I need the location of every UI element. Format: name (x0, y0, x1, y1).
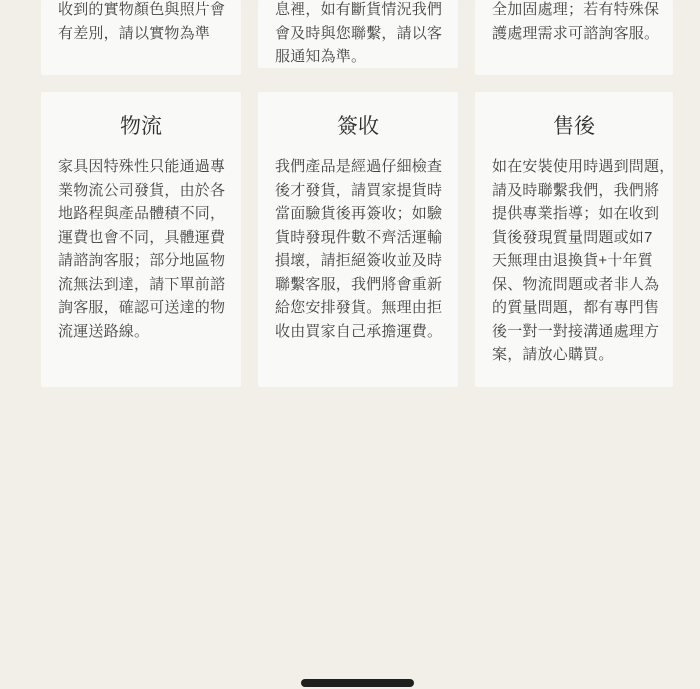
body-line: 收到的實物顏色與照片會 (58, 0, 224, 22)
body-line: 後才發貨，請買家提貨時 (275, 179, 441, 203)
body-line: 案，請放心購買。 (492, 343, 656, 367)
home-indicator-bar (301, 679, 414, 687)
body-line: 護處理需求可諮詢客服。 (492, 22, 656, 46)
body-line: 如在安裝使用時遇到問題， (492, 155, 656, 179)
body-line: 運費也會不同，具體運費 (58, 226, 224, 250)
partial-card-text: 息裡，如有斷貨情況我們 會及時與您聯繫，請以客 服通知為準。 (275, 0, 441, 68)
partial-card-packaging-note: 全加固處理；若有特殊保 護處理需求可諮詢客服。 (475, 0, 673, 75)
body-line: 流無法到達，請下單前諮 (58, 273, 224, 297)
body-line: 服通知為準。 (275, 45, 441, 68)
body-line: 我們產品是經過仔細檢查 (275, 155, 441, 179)
body-line: 息裡，如有斷貨情況我們 (275, 0, 441, 22)
card-title-logistics: 物流 (41, 112, 241, 142)
body-line: 詢客服，確認可送達的物 (58, 296, 224, 320)
body-line: 會及時與您聯繫，請以客 (275, 22, 441, 46)
body-line: 保、物流問題或者非人為 (492, 273, 656, 297)
body-line: 全加固處理；若有特殊保 (492, 0, 656, 22)
body-line: 業物流公司發貨，由於各 (58, 179, 224, 203)
partial-card-text: 全加固處理；若有特殊保 護處理需求可諮詢客服。 (492, 0, 656, 45)
body-line: 貨時發現件數不齊活運輸 (275, 226, 441, 250)
body-line: 請諮詢客服；部分地區物 (58, 249, 224, 273)
body-line: 有差別，請以實物為準 (58, 22, 224, 46)
body-line: 請及時聯繫我們，我們將 (492, 179, 656, 203)
body-line: 的質量問題，都有專門售 (492, 296, 656, 320)
card-body-logistics: 家具因特殊性只能通過專 業物流公司發貨，由於各 地路程與產品體積不同， 運費也會… (58, 155, 224, 343)
body-line: 提供專業指導；如在收到 (492, 202, 656, 226)
partial-card-color-note: 收到的實物顏色與照片會 有差別，請以實物為準 (41, 0, 241, 75)
partial-card-text: 收到的實物顏色與照片會 有差別，請以實物為準 (58, 0, 224, 45)
body-line: 天無理由退換貨+十年質 (492, 249, 656, 273)
body-line: 給您安排發貨。無理由拒 (275, 296, 441, 320)
aftersales-card: 售後 如在安裝使用時遇到問題， 請及時聯繫我們，我們將 提供專業指導；如在收到 … (475, 92, 673, 387)
body-line: 收由買家自己承擔運費。 (275, 320, 441, 344)
body-line: 家具因特殊性只能通過專 (58, 155, 224, 179)
body-line: 流運送路線。 (58, 320, 224, 344)
body-line: 貨後發現質量問題或如7 (492, 226, 656, 250)
card-body-aftersales: 如在安裝使用時遇到問題， 請及時聯繫我們，我們將 提供專業指導；如在收到 貨後發… (492, 155, 656, 367)
partial-card-stock-note: 息裡，如有斷貨情況我們 會及時與您聯繫，請以客 服通知為準。 (258, 0, 458, 68)
body-line: 當面驗貨後再簽收；如驗 (275, 202, 441, 226)
card-body-signoff: 我們產品是經過仔細檢查 後才發貨，請買家提貨時 當面驗貨後再簽收；如驗 貨時發現… (275, 155, 441, 343)
body-line: 損壞，請拒絕簽收並及時 (275, 249, 441, 273)
body-line: 後一對一對接溝通處理方 (492, 320, 656, 344)
body-line: 聯繫客服，我們將會重新 (275, 273, 441, 297)
logistics-card: 物流 家具因特殊性只能通過專 業物流公司發貨，由於各 地路程與產品體積不同， 運… (41, 92, 241, 387)
card-title-aftersales: 售後 (475, 112, 673, 142)
card-title-signoff: 簽收 (258, 112, 458, 142)
body-line: 地路程與產品體積不同， (58, 202, 224, 226)
signoff-card: 簽收 我們產品是經過仔細檢查 後才發貨，請買家提貨時 當面驗貨後再簽收；如驗 貨… (258, 92, 458, 387)
